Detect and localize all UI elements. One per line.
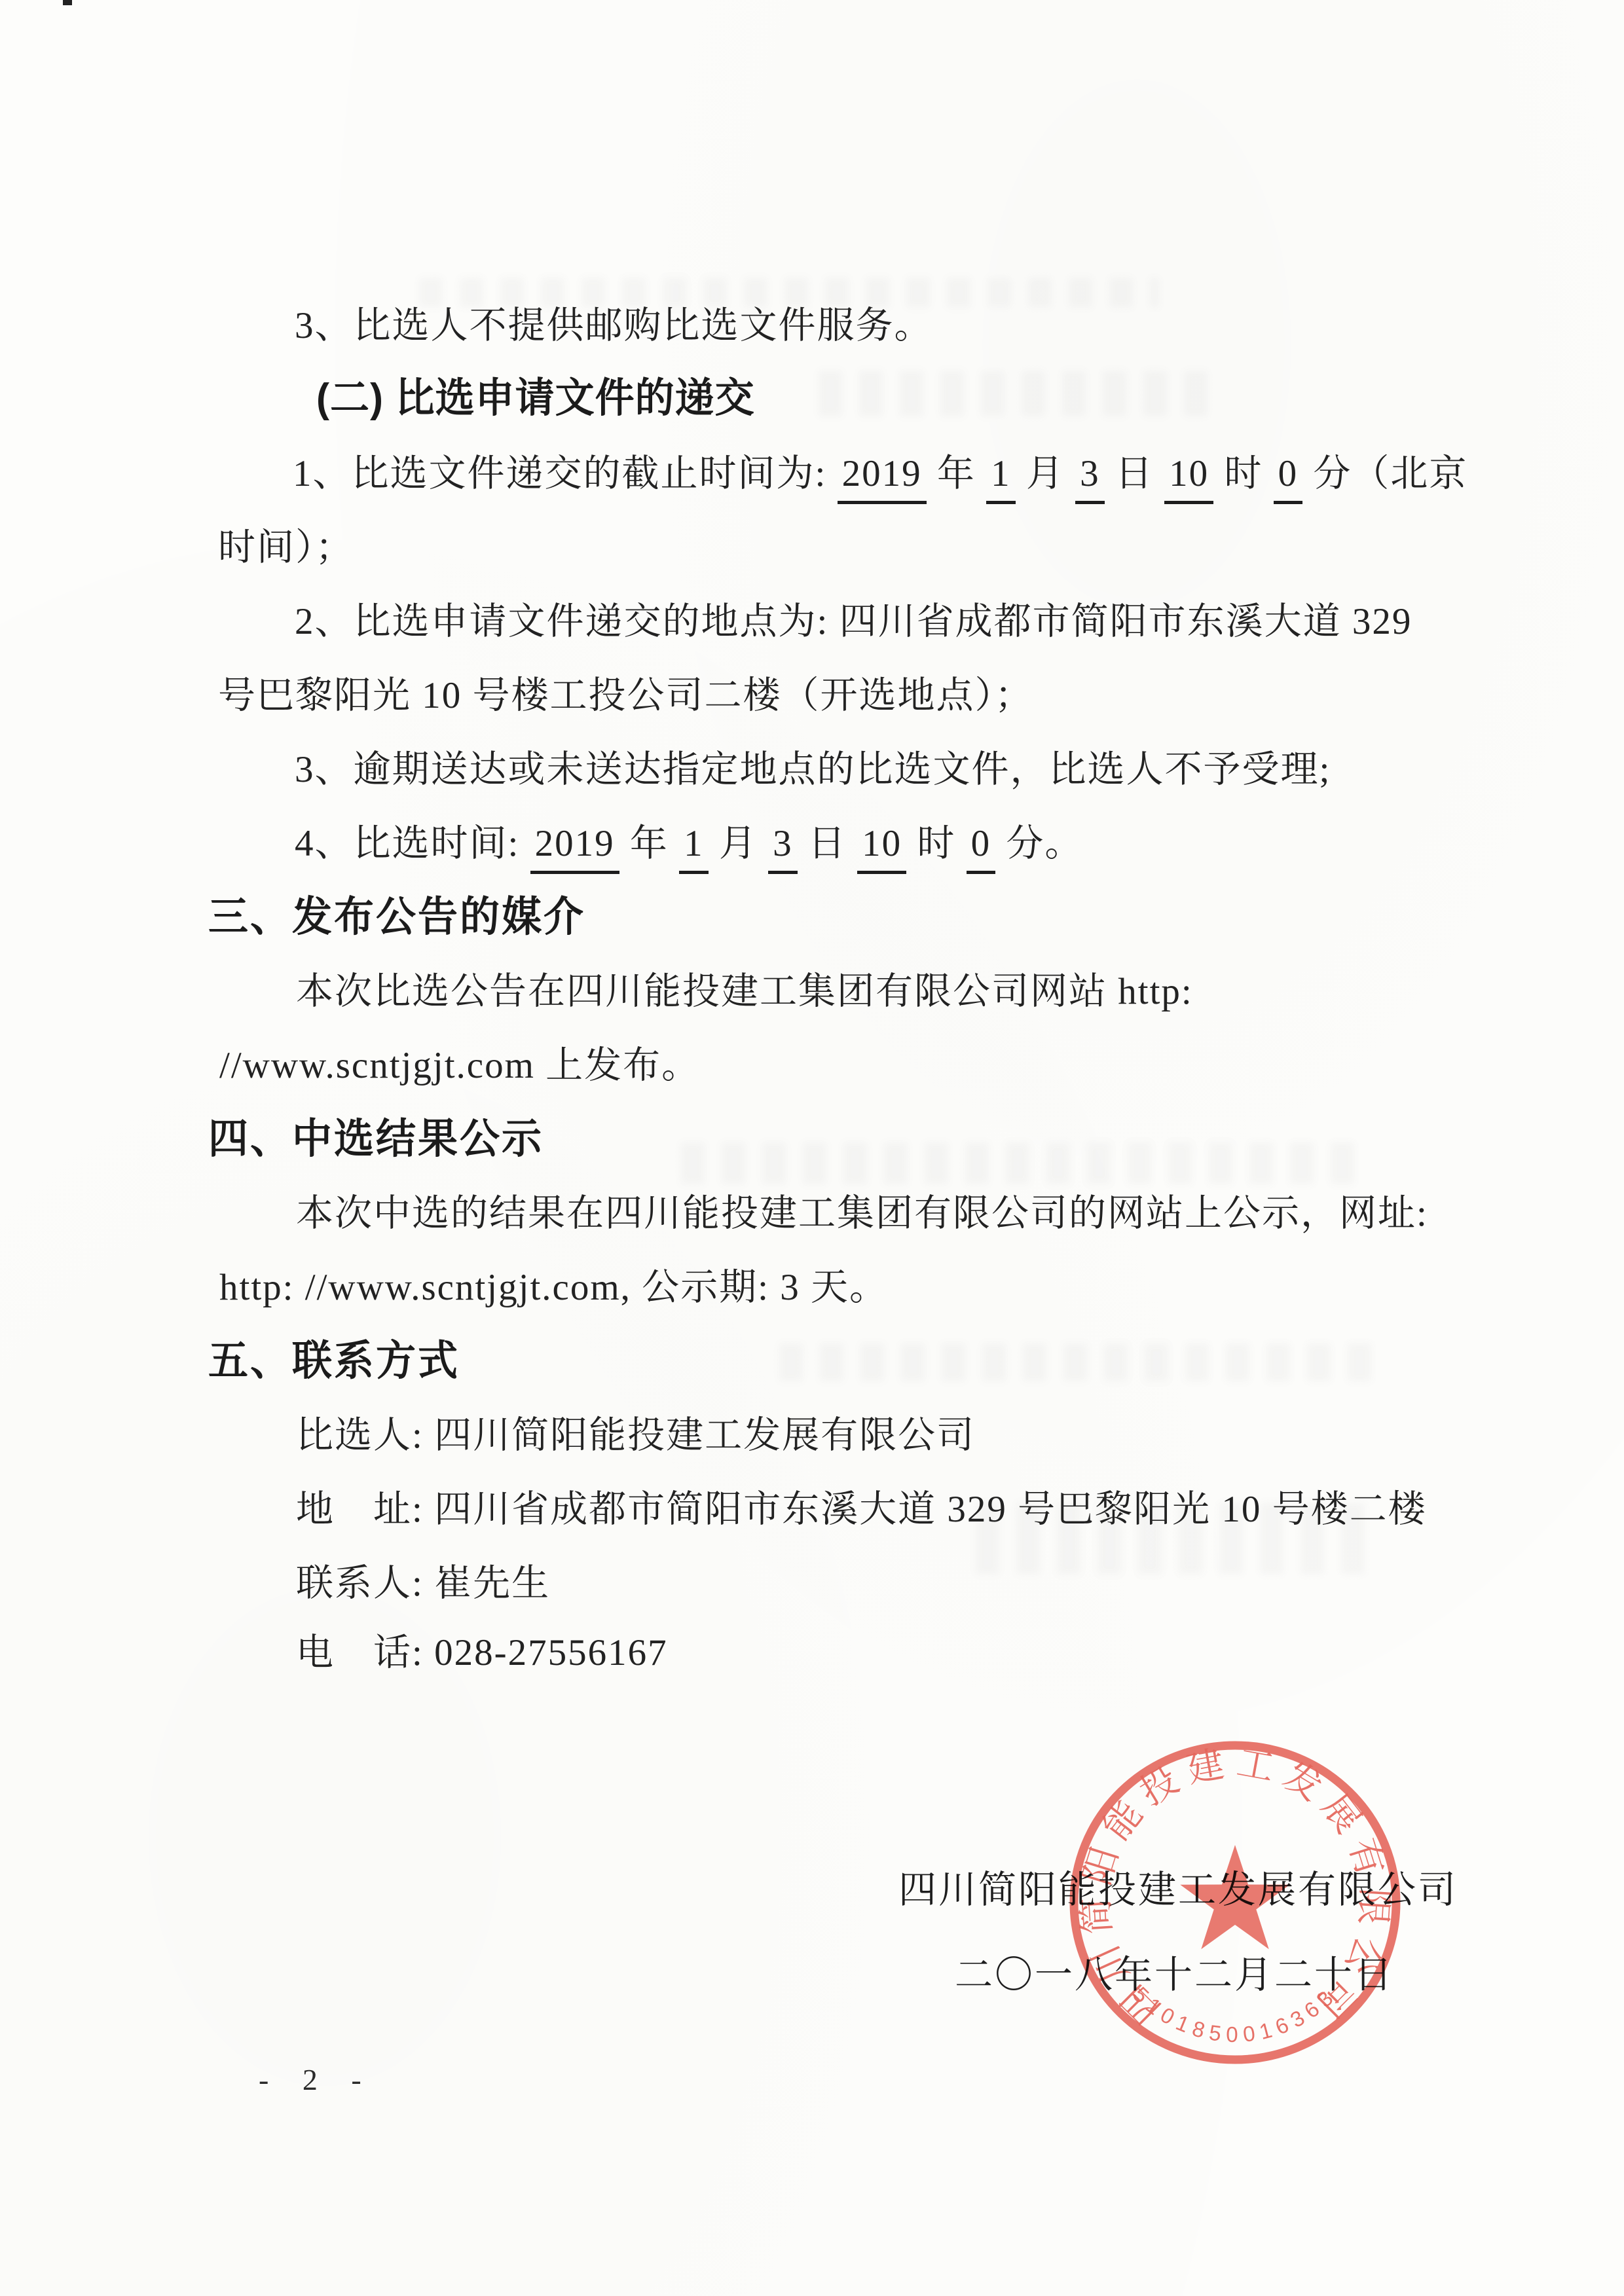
text-segment: 3、比选人不提供邮购比选文件服务。 — [295, 305, 933, 346]
text-segment: 分。 — [995, 823, 1083, 864]
text-segment: 时 — [1213, 453, 1274, 494]
clause-no-mail-service: 3、比选人不提供邮购比选文件服务。 — [295, 301, 933, 351]
underlined-value: 10 — [857, 824, 906, 874]
text-segment: 2、比选申请文件递交的地点为: 四川省成都市简阳市东溪大道 329 — [295, 601, 1412, 642]
text-segment: 4、比选时间: — [295, 823, 530, 864]
section-heading-4-result: 四、中选结果公示 — [208, 1112, 544, 1164]
scanned-document-page: 3、比选人不提供邮购比选文件服务。(二) 比选申请文件的递交1、比选文件递交的截… — [0, 0, 1624, 2296]
text-segment: 三、发布公告的媒介 — [208, 894, 585, 940]
text-segment: 比选人: 四川简阳能投建工发展有限公司 — [296, 1415, 975, 1456]
bleed-through-artifact — [819, 371, 1225, 416]
text-segment: 年 — [619, 823, 680, 864]
scan-speck — [63, 0, 72, 5]
text-segment: //www.scntjgjt.com 上发布。 — [219, 1045, 700, 1086]
result-publicity-cont: http: //www.scntjgjt.com, 公示期: 3 天。 — [219, 1263, 888, 1313]
media-announcement-line: 本次比选公告在四川能投建工集团有限公司网站 http: — [296, 967, 1193, 1017]
text-segment: (二) 比选申请文件的递交 — [316, 375, 755, 421]
underlined-value: 0 — [1274, 454, 1303, 504]
text-segment: 地 址: 四川省成都市简阳市东溪大道 329 号巴黎阳光 10 号楼二楼 — [296, 1489, 1427, 1530]
media-announcement-cont: //www.scntjgjt.com 上发布。 — [219, 1041, 700, 1091]
text-segment: 时间）； — [218, 527, 354, 568]
text-segment: 电 话: 028-27556167 — [296, 1632, 668, 1673]
contact-person: 联系人: 崔先生 — [296, 1559, 550, 1609]
seal-star-icon — [1180, 1845, 1289, 1949]
text-segment: 四、中选结果公示 — [208, 1116, 544, 1162]
contact-phone: 电 话: 028-27556167 — [296, 1628, 668, 1678]
text-segment: 联系人: 崔先生 — [296, 1563, 550, 1604]
underlined-value: 1 — [986, 454, 1016, 504]
text-segment: 日 — [798, 823, 858, 864]
underlined-value: 2019 — [838, 454, 927, 504]
text-segment: 号巴黎阳光 10 号楼工投公司二楼（开选地点）； — [218, 675, 1033, 716]
clause-4-selection-time: 4、比选时间: 2019 年 1 月 3 日 10 时 0 分。 — [295, 819, 1083, 874]
clause-3-late-delivery: 3、逾期送达或未送达指定地点的比选文件，比选人不予受理; — [295, 745, 1331, 795]
text-segment: 本次比选公告在四川能投建工集团有限公司网站 http: — [296, 971, 1193, 1012]
section-heading-2-submission: (二) 比选申请文件的递交 — [316, 372, 755, 424]
clause-1-deadline-cont: 时间）； — [218, 523, 354, 573]
underlined-value: 3 — [768, 824, 798, 874]
text-segment: 日 — [1105, 453, 1165, 494]
underlined-value: 3 — [1075, 454, 1105, 504]
page-number: - 2 - — [259, 2062, 375, 2097]
section-heading-5-contact: 五、联系方式 — [208, 1334, 460, 1386]
text-segment: 月 — [709, 823, 769, 864]
company-seal-stamp: 四川简阳能投建工发展有限公司 5101850016363 — [1052, 1732, 1418, 2073]
clause-2-location-cont: 号巴黎阳光 10 号楼工投公司二楼（开选地点）； — [218, 671, 1033, 721]
underlined-value: 1 — [679, 824, 709, 874]
underlined-value: 0 — [967, 824, 996, 874]
underlined-value: 2019 — [530, 824, 619, 874]
text-segment: 本次中选的结果在四川能投建工集团有限公司的网站上公示，网址: — [296, 1193, 1428, 1234]
text-segment: 3、逾期送达或未送达指定地点的比选文件，比选人不予受理; — [295, 749, 1331, 790]
result-publicity-line: 本次中选的结果在四川能投建工集团有限公司的网站上公示，网址: — [296, 1189, 1428, 1239]
underlined-value: 10 — [1164, 454, 1213, 504]
bleed-through-artifact — [681, 1142, 1362, 1184]
text-segment: 五、联系方式 — [208, 1338, 460, 1384]
text-segment: 1、比选文件递交的截止时间为: — [293, 453, 838, 494]
contact-address: 地 址: 四川省成都市简阳市东溪大道 329 号巴黎阳光 10 号楼二楼 — [296, 1485, 1427, 1535]
seal-serial-number: 5101850016363 — [1128, 1982, 1342, 2047]
text-segment: 分（北京 — [1302, 453, 1467, 494]
bleed-through-artifact — [779, 1343, 1388, 1381]
clause-2-location: 2、比选申请文件递交的地点为: 四川省成都市简阳市东溪大道 329 — [295, 597, 1412, 647]
text-segment: http: //www.scntjgjt.com, 公示期: 3 天。 — [219, 1267, 888, 1308]
clause-1-deadline: 1、比选文件递交的截止时间为: 2019 年 1 月 3 日 10 时 0 分（… — [293, 449, 1467, 504]
text-segment: 年 — [927, 453, 987, 494]
contact-bixuanren: 比选人: 四川简阳能投建工发展有限公司 — [296, 1411, 975, 1461]
section-heading-3-media: 三、发布公告的媒介 — [208, 890, 585, 942]
text-segment: 月 — [1016, 453, 1076, 494]
text-segment: 时 — [906, 823, 967, 864]
